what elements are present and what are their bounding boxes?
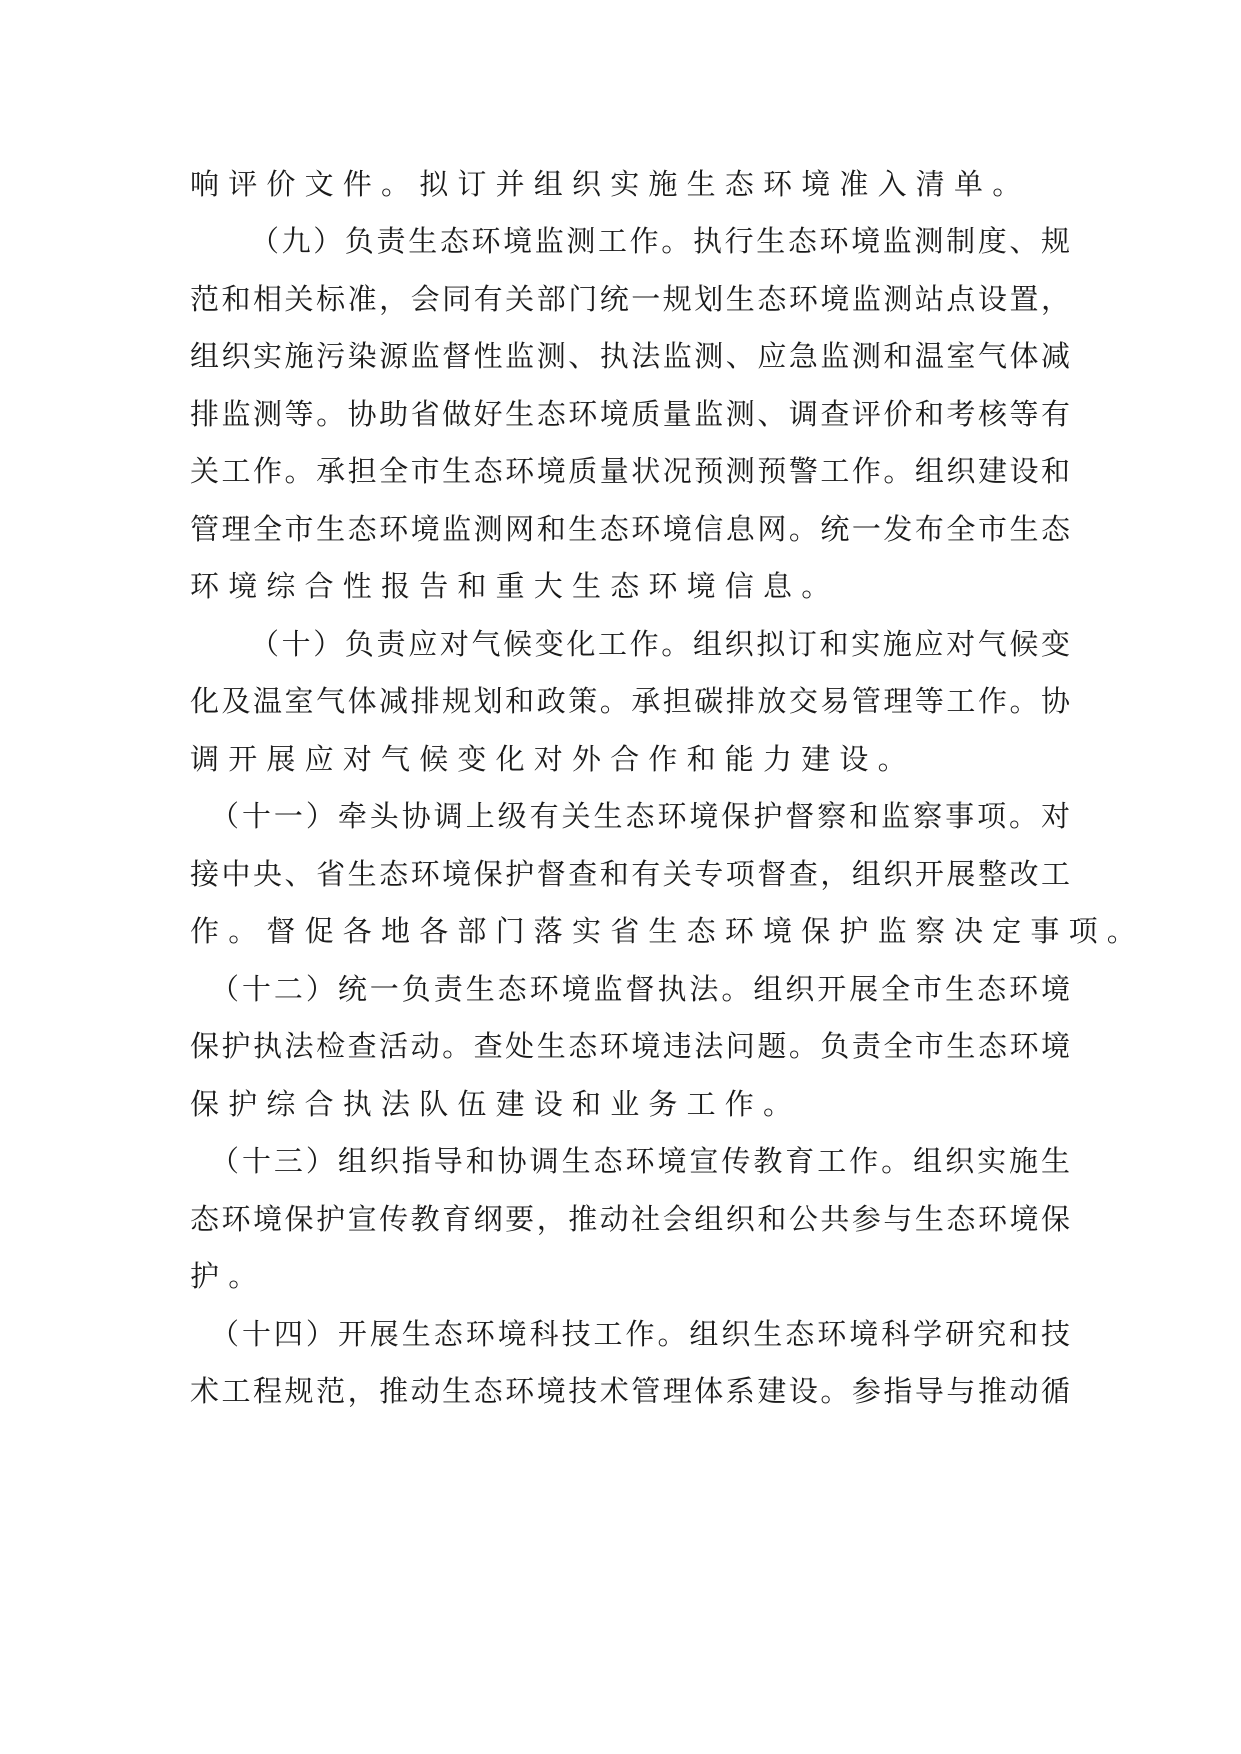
paragraph-line: （十）负责应对气候变化工作。组织拟订和实施应对气候变	[190, 624, 1070, 664]
paragraph-line: 接中央、省生态环境保护督查和有关专项督查，组织开展整改工	[190, 854, 1070, 894]
paragraph-line: 护。	[190, 1256, 1070, 1296]
paragraph-line: 组织实施污染源监督性监测、执法监测、应急监测和温室气体减	[190, 336, 1070, 376]
paragraph-line: （十三）组织指导和协调生态环境宣传教育工作。组织实施生	[190, 1141, 1070, 1181]
paragraph-line: 关工作。承担全市生态环境质量状况预测预警工作。组织建设和	[190, 451, 1070, 491]
paragraph-line: 调开展应对气候变化对外合作和能力建设。	[190, 739, 1070, 779]
paragraph-line: 化及温室气体减排规划和政策。承担碳排放交易管理等工作。协	[190, 681, 1070, 721]
paragraph-line: 术工程规范，推动生态环境技术管理体系建设。参指导与推动循	[190, 1371, 1070, 1411]
paragraph-line: 保护综合执法队伍建设和业务工作。	[190, 1084, 1070, 1124]
document-page: 响评价文件。拟订并组织实施生态环境准入清单。（九）负责生态环境监测工作。执行生态…	[0, 0, 1241, 1754]
paragraph-line: （十四）开展生态环境科技工作。组织生态环境科学研究和技	[190, 1314, 1070, 1354]
paragraph-line: 态环境保护宣传教育纲要，推动社会组织和公共参与生态环境保	[190, 1199, 1070, 1239]
paragraph-line: 管理全市生态环境监测网和生态环境信息网。统一发布全市生态	[190, 509, 1070, 549]
paragraph-line: （十二）统一负责生态环境监督执法。组织开展全市生态环境	[190, 969, 1070, 1009]
paragraph-line: 响评价文件。拟订并组织实施生态环境准入清单。	[190, 164, 1070, 204]
paragraph-line: 作。督促各地各部门落实省生态环境保护监察决定事项。	[190, 911, 1070, 951]
paragraph-line: 环境综合性报告和重大生态环境信息。	[190, 566, 1070, 606]
paragraph-line: （九）负责生态环境监测工作。执行生态环境监测制度、规	[190, 221, 1070, 261]
paragraph-line: 范和相关标准，会同有关部门统一规划生态环境监测站点设置，	[190, 279, 1070, 319]
paragraph-line: 保护执法检查活动。查处生态环境违法问题。负责全市生态环境	[190, 1026, 1070, 1066]
paragraph-line: （十一）牵头协调上级有关生态环境保护督察和监察事项。对	[190, 796, 1070, 836]
paragraph-line: 排监测等。协助省做好生态环境质量监测、调查评价和考核等有	[190, 394, 1070, 434]
